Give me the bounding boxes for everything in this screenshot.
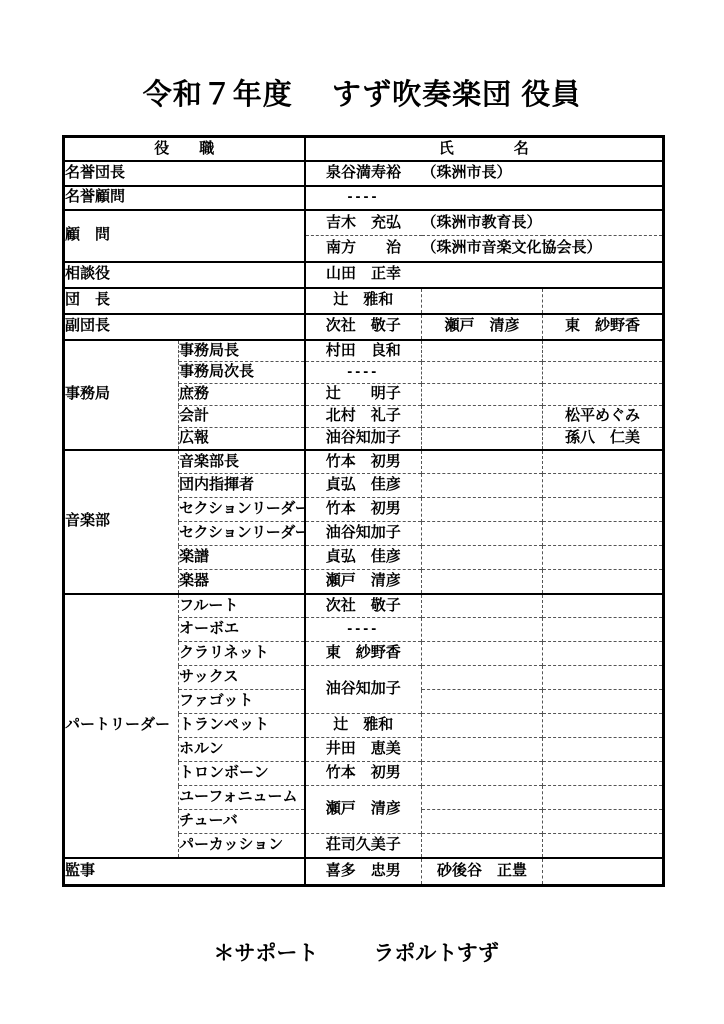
name-cell-empty bbox=[422, 384, 543, 406]
name-cell-empty bbox=[543, 762, 664, 786]
name-cell-empty bbox=[422, 362, 543, 384]
name-cell: ---- bbox=[305, 362, 422, 384]
footer-support-value: ラポルトすず bbox=[373, 942, 499, 965]
name-cell: 吉木 充弘 bbox=[305, 210, 422, 236]
name-cell-empty bbox=[543, 738, 664, 762]
group-label-cell: 事務局 bbox=[64, 340, 179, 450]
subrole-cell: サックス bbox=[179, 666, 305, 690]
name-cell: ---- bbox=[305, 186, 422, 210]
name-cell-empty bbox=[422, 810, 543, 834]
name-cell: 村田 良和 bbox=[305, 340, 422, 362]
name-cell-empty bbox=[543, 642, 664, 666]
name-cell-empty bbox=[543, 810, 664, 834]
name-cell-empty bbox=[543, 522, 664, 546]
name-cell: 辻 雅和 bbox=[305, 714, 422, 738]
name-cell: 竹本 初男 bbox=[305, 762, 422, 786]
name-cell-empty bbox=[422, 546, 543, 570]
subrole-cell: 庶務 bbox=[179, 384, 305, 406]
subrole-cell: フルート bbox=[179, 594, 305, 618]
name-cell-empty bbox=[543, 450, 664, 474]
name-cell-empty bbox=[422, 834, 543, 858]
table-row: 事務局 事務局長 村田 良和 bbox=[64, 340, 664, 362]
name-cell-empty bbox=[422, 498, 543, 522]
subrole-cell: セクションリーダー（金管） bbox=[179, 498, 305, 522]
name-cell: 砂後谷 正豊 bbox=[422, 858, 543, 886]
name-cell: 荘司久美子 bbox=[305, 834, 422, 858]
name-cell-empty bbox=[422, 690, 543, 714]
role-cell: 副団長 bbox=[64, 314, 305, 340]
name-cell-empty bbox=[422, 262, 664, 288]
header-role-cell: 役 職 bbox=[64, 137, 305, 161]
table-row: 監事 喜多 忠男 砂後谷 正豊 bbox=[64, 858, 664, 886]
name-cell-empty bbox=[422, 762, 543, 786]
subrole-cell: 団内指揮者 bbox=[179, 474, 305, 498]
table-header-row: 役 職 氏 名 bbox=[64, 137, 664, 161]
name-cell: 瀬戸 清彦 bbox=[422, 314, 543, 340]
name-cell-empty bbox=[543, 570, 664, 594]
name-cell-empty bbox=[543, 340, 664, 362]
table-row: 団 長 辻 雅和 bbox=[64, 288, 664, 314]
name-cell-empty bbox=[543, 474, 664, 498]
subrole-cell: クラリネット bbox=[179, 642, 305, 666]
name-cell-empty bbox=[422, 786, 543, 810]
subrole-cell: 広報 bbox=[179, 428, 305, 450]
subrole-cell: 事務局長 bbox=[179, 340, 305, 362]
table-row: パートリーダー フルート 次社 敬子 bbox=[64, 594, 664, 618]
subrole-cell: チューバ bbox=[179, 810, 305, 834]
document-page: 令和７年度 すず吹奏楽団 役員 役 職 氏 名 名誉団長 泉谷満寿裕 （珠洲市長… bbox=[0, 0, 724, 1024]
table-row: 名誉顧問 ---- bbox=[64, 186, 664, 210]
subrole-cell: 楽譜 bbox=[179, 546, 305, 570]
role-cell: 名誉顧問 bbox=[64, 186, 305, 210]
subrole-cell: 会計 bbox=[179, 406, 305, 428]
name-cell: 山田 正幸 bbox=[305, 262, 422, 288]
name-cell-empty bbox=[422, 428, 543, 450]
name-cell: 次社 敬子 bbox=[305, 594, 422, 618]
name-cell-empty bbox=[543, 362, 664, 384]
name-cell-empty bbox=[543, 666, 664, 690]
title-cell: （珠洲市教育長） bbox=[422, 210, 664, 236]
title-cell: （珠洲市長） bbox=[422, 161, 664, 186]
name-cell-empty bbox=[422, 340, 543, 362]
title-cell: （珠洲市音楽文化協会長） bbox=[422, 236, 664, 262]
name-cell-empty bbox=[543, 786, 664, 810]
footer-note: ＊サポートラポルトすず bbox=[190, 913, 724, 991]
group-label-cell: パートリーダー bbox=[64, 594, 179, 858]
name-cell-empty bbox=[422, 618, 543, 642]
group-label-cell: 音楽部 bbox=[64, 450, 179, 594]
table-row: 顧 問 吉木 充弘 （珠洲市教育長） bbox=[64, 210, 664, 236]
name-cell-empty bbox=[543, 498, 664, 522]
name-cell-empty bbox=[543, 714, 664, 738]
name-cell: 東 紗野香 bbox=[543, 314, 664, 340]
name-cell: 松平めぐみ bbox=[543, 406, 664, 428]
name-cell-empty bbox=[543, 618, 664, 642]
name-cell: 貞弘 佳彦 bbox=[305, 474, 422, 498]
name-cell-empty bbox=[543, 384, 664, 406]
name-cell-empty bbox=[543, 690, 664, 714]
name-cell: ---- bbox=[305, 618, 422, 642]
name-cell-empty bbox=[543, 834, 664, 858]
name-cell: 辻 明子 bbox=[305, 384, 422, 406]
name-cell: 井田 恵美 bbox=[305, 738, 422, 762]
header-name-cell: 氏 名 bbox=[305, 137, 664, 161]
name-cell: 竹本 初男 bbox=[305, 498, 422, 522]
name-cell-empty bbox=[422, 642, 543, 666]
name-cell: 北村 礼子 bbox=[305, 406, 422, 428]
name-cell: 油谷知加子 bbox=[305, 428, 422, 450]
name-cell: 南方 治 bbox=[305, 236, 422, 262]
name-cell: 次社 敬子 bbox=[305, 314, 422, 340]
name-cell: 東 紗野香 bbox=[305, 642, 422, 666]
subrole-cell: オーボエ bbox=[179, 618, 305, 642]
name-cell: 油谷知加子 bbox=[305, 666, 422, 714]
name-cell-empty bbox=[543, 594, 664, 618]
name-cell-empty bbox=[422, 738, 543, 762]
role-cell: 監事 bbox=[64, 858, 305, 886]
name-cell: 貞弘 佳彦 bbox=[305, 546, 422, 570]
name-cell: 喜多 忠男 bbox=[305, 858, 422, 886]
table-row: 副団長 次社 敬子 瀬戸 清彦 東 紗野香 bbox=[64, 314, 664, 340]
subrole-cell: トロンボーン bbox=[179, 762, 305, 786]
subrole-cell: 事務局次長 bbox=[179, 362, 305, 384]
roster-table: 役 職 氏 名 名誉団長 泉谷満寿裕 （珠洲市長） 名誉顧問 ---- 顧 問 … bbox=[62, 135, 665, 887]
name-cell-empty bbox=[422, 666, 543, 690]
name-cell-empty bbox=[422, 570, 543, 594]
role-cell: 顧 問 bbox=[64, 210, 305, 262]
subrole-cell: ユーフォニューム bbox=[179, 786, 305, 810]
subrole-cell: パーカッション bbox=[179, 834, 305, 858]
name-cell: 油谷知加子 bbox=[305, 522, 422, 546]
subrole-cell: トランペット bbox=[179, 714, 305, 738]
table-row: 名誉団長 泉谷満寿裕 （珠洲市長） bbox=[64, 161, 664, 186]
page-title: 令和７年度 すず吹奏楽団 役員 bbox=[0, 0, 724, 113]
table-row: 相談役 山田 正幸 bbox=[64, 262, 664, 288]
subrole-cell: セクションリーダー（木管） bbox=[179, 522, 305, 546]
name-cell-empty bbox=[422, 522, 543, 546]
name-cell-empty bbox=[422, 186, 664, 210]
subrole-cell: 音楽部長 bbox=[179, 450, 305, 474]
name-cell-empty bbox=[543, 546, 664, 570]
subrole-cell: ファゴット bbox=[179, 690, 305, 714]
table-row: 音楽部 音楽部長 竹本 初男 bbox=[64, 450, 664, 474]
name-cell-empty bbox=[543, 288, 664, 314]
name-cell: 瀬戸 清彦 bbox=[305, 570, 422, 594]
role-cell: 名誉団長 bbox=[64, 161, 305, 186]
role-cell: 団 長 bbox=[64, 288, 305, 314]
footer-support-label: ＊サポート bbox=[213, 942, 318, 965]
name-cell-empty bbox=[422, 594, 543, 618]
name-cell-empty bbox=[422, 474, 543, 498]
name-cell-empty bbox=[422, 450, 543, 474]
name-cell: 辻 雅和 bbox=[305, 288, 422, 314]
name-cell: 竹本 初男 bbox=[305, 450, 422, 474]
subrole-cell: ホルン bbox=[179, 738, 305, 762]
name-cell-empty bbox=[422, 406, 543, 428]
role-cell: 相談役 bbox=[64, 262, 305, 288]
subrole-cell: 楽器 bbox=[179, 570, 305, 594]
name-cell: 孫八 仁美 bbox=[543, 428, 664, 450]
name-cell-empty bbox=[422, 288, 543, 314]
name-cell: 泉谷満寿裕 bbox=[305, 161, 422, 186]
name-cell-empty bbox=[422, 714, 543, 738]
name-cell-empty bbox=[543, 858, 664, 886]
name-cell: 瀬戸 清彦 bbox=[305, 786, 422, 834]
